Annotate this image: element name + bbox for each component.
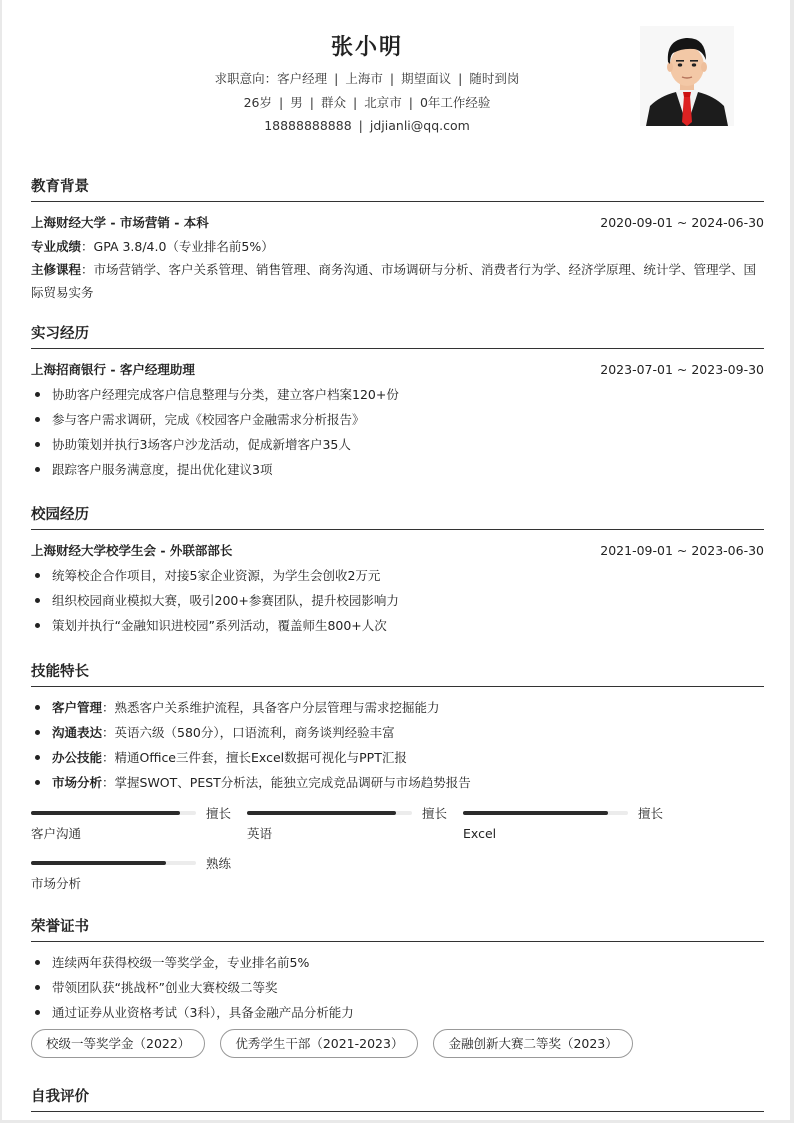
list-item: 带领团队获“挑战杯”创业大赛校级二等奖 bbox=[31, 975, 764, 1000]
skill-name: 英语 bbox=[247, 823, 463, 845]
job-intent-line: 求职意向：客户经理|上海市|期望面议|随时到岗 bbox=[2, 70, 732, 88]
email: jdjianli@qq.com bbox=[370, 118, 470, 133]
expected-salary: 期望面议 bbox=[401, 71, 451, 86]
campus-section: 校园经历 上海财经大学校学生会 - 外联部部长 2021-09-01 ~ 202… bbox=[31, 503, 764, 638]
skill-bar-fill bbox=[31, 861, 166, 865]
list-item: 连续两年获得校级一等奖学金，专业排名前5% bbox=[31, 950, 764, 975]
school-major-degree: 上海财经大学 - 市场营销 - 本科 bbox=[31, 210, 209, 235]
list-item: 协助客户经理完成客户信息整理与分类，建立客户档案120+份 bbox=[31, 382, 764, 407]
resume-page: 张小明 求职意向：客户经理|上海市|期望面议|随时到岗 26岁|男|群众|北京市… bbox=[2, 0, 790, 1120]
list-item: 跟踪客户服务满意度，提出优化建议3项 bbox=[31, 457, 764, 482]
contact-line: 18888888888|jdjianli@qq.com bbox=[2, 117, 732, 135]
list-item: 市场分析：掌握SWOT、PEST分析法，能独立完成竞品调研与市场趋势报告 bbox=[31, 770, 764, 795]
skill-name: 市场分析 bbox=[31, 873, 247, 895]
avatar bbox=[640, 26, 734, 126]
list-item: 协助策划并执行3场客户沙龙活动，促成新增客户35人 bbox=[31, 432, 764, 457]
job-intent: 求职意向：客户经理 bbox=[215, 71, 328, 86]
skill-level: 擅长 bbox=[422, 804, 447, 822]
honor-tags: 校级一等奖学金（2022） 优秀学生干部（2021-2023） 金融创新大赛二等… bbox=[31, 1029, 764, 1058]
gpa-value: ：GPA 3.8/4.0（专业排名前5%） bbox=[81, 239, 274, 254]
skill-level: 熟练 bbox=[206, 854, 231, 872]
skill-bar-track bbox=[31, 861, 196, 865]
list-item: 统筹校企合作项目，对接5家企业资源，为学生会创收2万元 bbox=[31, 563, 764, 588]
honor-tag: 金融创新大赛二等奖（2023） bbox=[433, 1029, 632, 1058]
list-item: 组织校园商业模拟大赛，吸引200+参赛团队，提升校园影响力 bbox=[31, 588, 764, 613]
section-title: 自我评价 bbox=[31, 1085, 764, 1112]
campus-entry-header: 上海财经大学校学生会 - 外联部部长 2021-09-01 ~ 2023-06-… bbox=[31, 538, 764, 563]
list-item: 通过证券从业资格考试（3科），具备金融产品分析能力 bbox=[31, 1000, 764, 1025]
resume-header: 张小明 求职意向：客户经理|上海市|期望面议|随时到岗 26岁|男|群众|北京市… bbox=[2, 0, 790, 150]
list-item: 参与客户需求调研，完成《校园客户金融需求分析报告》 bbox=[31, 407, 764, 432]
skill-bar-fill bbox=[31, 811, 180, 815]
list-item: 客户管理：熟悉客户关系维护流程，具备客户分层管理与需求挖掘能力 bbox=[31, 695, 764, 720]
skill-bars: 擅长 客户沟通 擅长 英语 擅长 Excel 熟练 市场分析 bbox=[31, 803, 731, 903]
availability: 随时到岗 bbox=[469, 71, 519, 86]
internship-entry-header: 上海招商银行 - 客户经理助理 2023-07-01 ~ 2023-09-30 bbox=[31, 357, 764, 382]
skill-bar-fill bbox=[247, 811, 396, 815]
skill-name: Excel bbox=[463, 823, 679, 845]
intent-city: 上海市 bbox=[345, 71, 383, 86]
candidate-name: 张小明 bbox=[2, 30, 732, 61]
list-item: 策划并执行“金融知识进校园”系列活动，覆盖师生800+人次 bbox=[31, 613, 764, 638]
skill-bar-track bbox=[247, 811, 412, 815]
gpa-line: 专业成绩：GPA 3.8/4.0（专业排名前5%） bbox=[31, 235, 764, 258]
skill-bar: 熟练 市场分析 bbox=[31, 853, 247, 903]
skill-bar: 擅长 英语 bbox=[247, 803, 463, 853]
personal-info-line: 26岁|男|群众|北京市|0年工作经验 bbox=[2, 94, 732, 112]
list-item: 沟通表达：英语六级（580分），口语流利，商务谈判经验丰富 bbox=[31, 720, 764, 745]
skills-bullets: 客户管理：熟悉客户关系维护流程，具备客户分层管理与需求挖掘能力 沟通表达：英语六… bbox=[31, 695, 764, 795]
list-item: 办公技能：精通Office三件套，擅长Excel数据可视化与PPT汇报 bbox=[31, 745, 764, 770]
skill-level: 擅长 bbox=[638, 804, 663, 822]
section-title: 校园经历 bbox=[31, 503, 764, 530]
skills-section: 技能特长 客户管理：熟悉客户关系维护流程，具备客户分层管理与需求挖掘能力 沟通表… bbox=[31, 660, 764, 903]
section-title: 技能特长 bbox=[31, 660, 764, 687]
phone: 18888888888 bbox=[264, 118, 351, 133]
section-title: 教育背景 bbox=[31, 175, 764, 202]
honor-tag: 优秀学生干部（2021-2023） bbox=[220, 1029, 418, 1058]
courses-label: 主修课程 bbox=[31, 262, 81, 277]
honors-section: 荣誉证书 连续两年获得校级一等奖学金，专业排名前5% 带领团队获“挑战杯”创业大… bbox=[31, 915, 764, 1058]
skill-bar: 擅长 Excel bbox=[463, 803, 679, 853]
section-title: 实习经历 bbox=[31, 322, 764, 349]
education-entry-header: 上海财经大学 - 市场营销 - 本科 2020-09-01 ~ 2024-06-… bbox=[31, 210, 764, 235]
skill-bar-fill bbox=[463, 811, 608, 815]
education-date: 2020-09-01 ~ 2024-06-30 bbox=[600, 210, 764, 235]
residence: 北京市 bbox=[364, 95, 402, 110]
skill-bar: 擅长 客户沟通 bbox=[31, 803, 247, 853]
gpa-label: 专业成绩 bbox=[31, 239, 81, 254]
skill-bar-track bbox=[463, 811, 628, 815]
campus-bullets: 统筹校企合作项目，对接5家企业资源，为学生会创收2万元 组织校园商业模拟大赛，吸… bbox=[31, 563, 764, 638]
education-section: 教育背景 上海财经大学 - 市场营销 - 本科 2020-09-01 ~ 202… bbox=[31, 175, 764, 304]
section-title: 荣誉证书 bbox=[31, 915, 764, 942]
internship-section: 实习经历 上海招商银行 - 客户经理助理 2023-07-01 ~ 2023-0… bbox=[31, 322, 764, 482]
honor-tag: 校级一等奖学金（2022） bbox=[31, 1029, 205, 1058]
campus-org-role: 上海财经大学校学生会 - 外联部部长 bbox=[31, 538, 232, 563]
self-evaluation-section: 自我评价 bbox=[31, 1085, 764, 1112]
skill-name: 客户沟通 bbox=[31, 823, 247, 845]
internship-org-role: 上海招商银行 - 客户经理助理 bbox=[31, 357, 195, 382]
internship-bullets: 协助客户经理完成客户信息整理与分类，建立客户档案120+份 参与客户需求调研，完… bbox=[31, 382, 764, 482]
courses-value: ：市场营销学、客户关系管理、销售管理、商务沟通、市场调研与分析、消费者行为学、经… bbox=[31, 262, 756, 300]
skill-level: 擅长 bbox=[206, 804, 231, 822]
courses-line: 主修课程：市场营销学、客户关系管理、销售管理、商务沟通、市场调研与分析、消费者行… bbox=[31, 258, 764, 304]
honors-bullets: 连续两年获得校级一等奖学金，专业排名前5% 带领团队获“挑战杯”创业大赛校级二等… bbox=[31, 950, 764, 1025]
internship-date: 2023-07-01 ~ 2023-09-30 bbox=[600, 357, 764, 382]
skill-bar-track bbox=[31, 811, 196, 815]
political-status: 群众 bbox=[321, 95, 346, 110]
gender: 男 bbox=[290, 95, 303, 110]
campus-date: 2021-09-01 ~ 2023-06-30 bbox=[600, 538, 764, 563]
work-experience: 0年工作经验 bbox=[420, 95, 490, 110]
age: 26岁 bbox=[244, 95, 272, 110]
